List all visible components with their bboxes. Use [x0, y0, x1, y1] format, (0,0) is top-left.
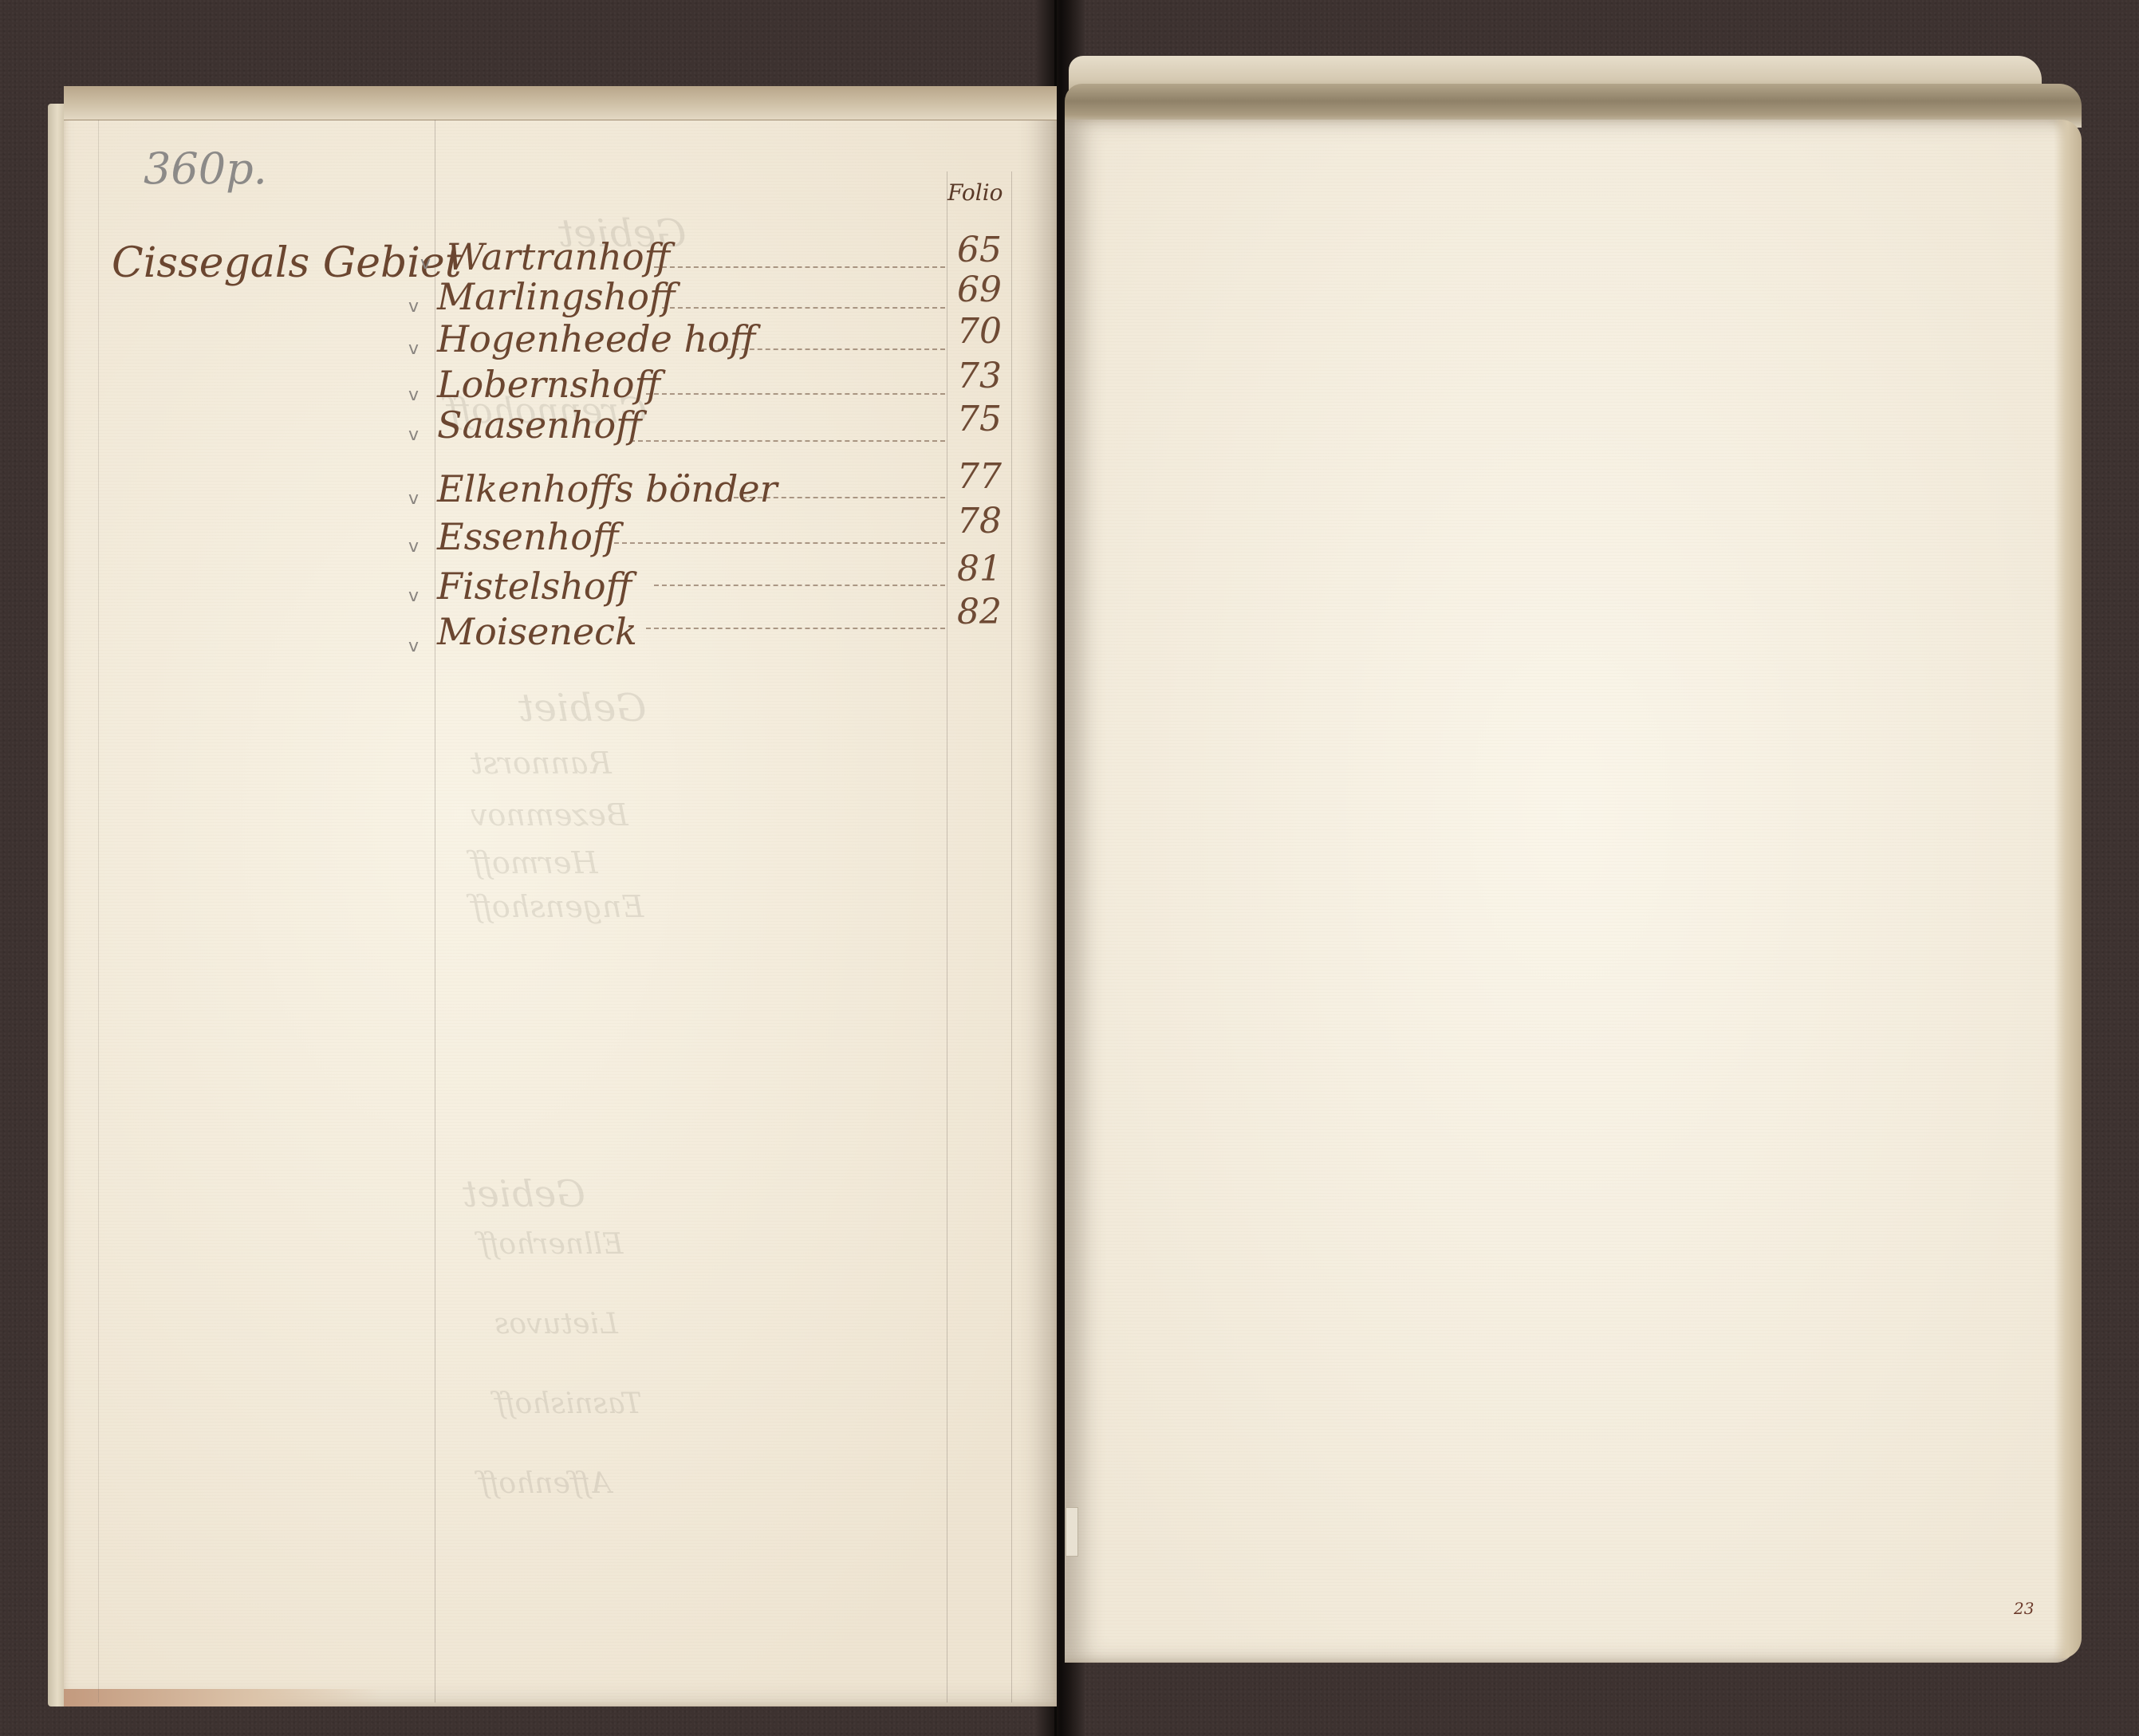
- leader-dashes: [646, 393, 945, 395]
- bleed-through-text: Rannorst: [471, 746, 612, 781]
- entry-folio: 69: [957, 270, 1002, 310]
- leader-dashes: [702, 348, 945, 350]
- ruled-folio-column-right-line: [1011, 171, 1012, 1703]
- check-mark-icon: v: [420, 254, 431, 274]
- bleed-through-text: Affenhoff: [479, 1467, 611, 1500]
- entry-name: Moiseneck: [437, 610, 637, 653]
- entry-folio: 70: [957, 311, 1002, 352]
- bleed-through-text: Gebiet: [518, 686, 647, 730]
- check-mark-icon: v: [408, 586, 419, 606]
- entry-folio: 81: [957, 549, 1002, 589]
- leader-dashes: [654, 266, 945, 268]
- leader-dashes: [646, 628, 945, 629]
- check-mark-icon: v: [408, 489, 419, 509]
- bleed-through-text: Bezemnov: [471, 797, 628, 833]
- entry-name: Elkenhoffs bönder: [437, 467, 778, 510]
- right-page-fore-edge: [2054, 120, 2082, 1659]
- bleed-through-text: Engenshoff: [471, 889, 644, 924]
- bleed-through-text: Lietuvos: [494, 1308, 618, 1340]
- check-mark-icon: v: [408, 297, 419, 317]
- ruled-folio-column-line: [947, 171, 947, 1703]
- entry-folio: 75: [957, 399, 1002, 439]
- left-page-bottom-stain: [64, 1689, 383, 1706]
- entry-folio: 73: [957, 356, 1002, 396]
- bleed-through-text: Gebiet: [463, 1172, 585, 1215]
- leader-dashes: [614, 542, 945, 544]
- entry-name: Hogenheede hoff: [437, 317, 755, 360]
- region-label: Cissegals Gebiet: [112, 239, 462, 287]
- entry-folio: 77: [957, 456, 1002, 497]
- paper-tab: [1066, 1507, 1078, 1557]
- check-mark-icon: v: [408, 385, 419, 405]
- bleed-through-text: Tasnishoff: [494, 1388, 642, 1420]
- entry-name: Saasenhoff: [437, 403, 642, 447]
- pencil-page-note: 360p.: [144, 144, 267, 194]
- leader-dashes: [630, 440, 945, 442]
- corner-page-mark: 23: [2014, 1599, 2034, 1618]
- entry-name: Wartranhoff: [447, 235, 670, 278]
- folio-column-header: Folio: [947, 179, 1003, 206]
- entry-folio: 65: [957, 230, 1002, 270]
- entry-folio: 78: [957, 501, 1002, 541]
- ruled-margin-line: [435, 120, 435, 1703]
- check-mark-icon: v: [408, 425, 419, 445]
- entry-name: Marlingshoff: [437, 275, 676, 318]
- left-page-top-edge: [64, 86, 1057, 120]
- entry-name: Lobernshoff: [437, 363, 660, 406]
- leader-dashes: [734, 497, 945, 498]
- entry-name: Fistelshoff: [437, 565, 632, 608]
- check-mark-icon: v: [408, 537, 419, 557]
- leader-dashes: [654, 585, 945, 586]
- entry-name: Essenhoff: [437, 515, 619, 558]
- entry-folio: 82: [957, 592, 1002, 632]
- bleed-through-text: Ellnerhoff: [479, 1228, 623, 1261]
- check-mark-icon: v: [408, 636, 419, 656]
- ruled-left-margin-line: [98, 120, 99, 1703]
- leader-dashes: [662, 307, 945, 309]
- right-page: [1065, 120, 2076, 1663]
- bleed-through-text: Hermoff: [471, 845, 598, 880]
- check-mark-icon: v: [408, 339, 419, 359]
